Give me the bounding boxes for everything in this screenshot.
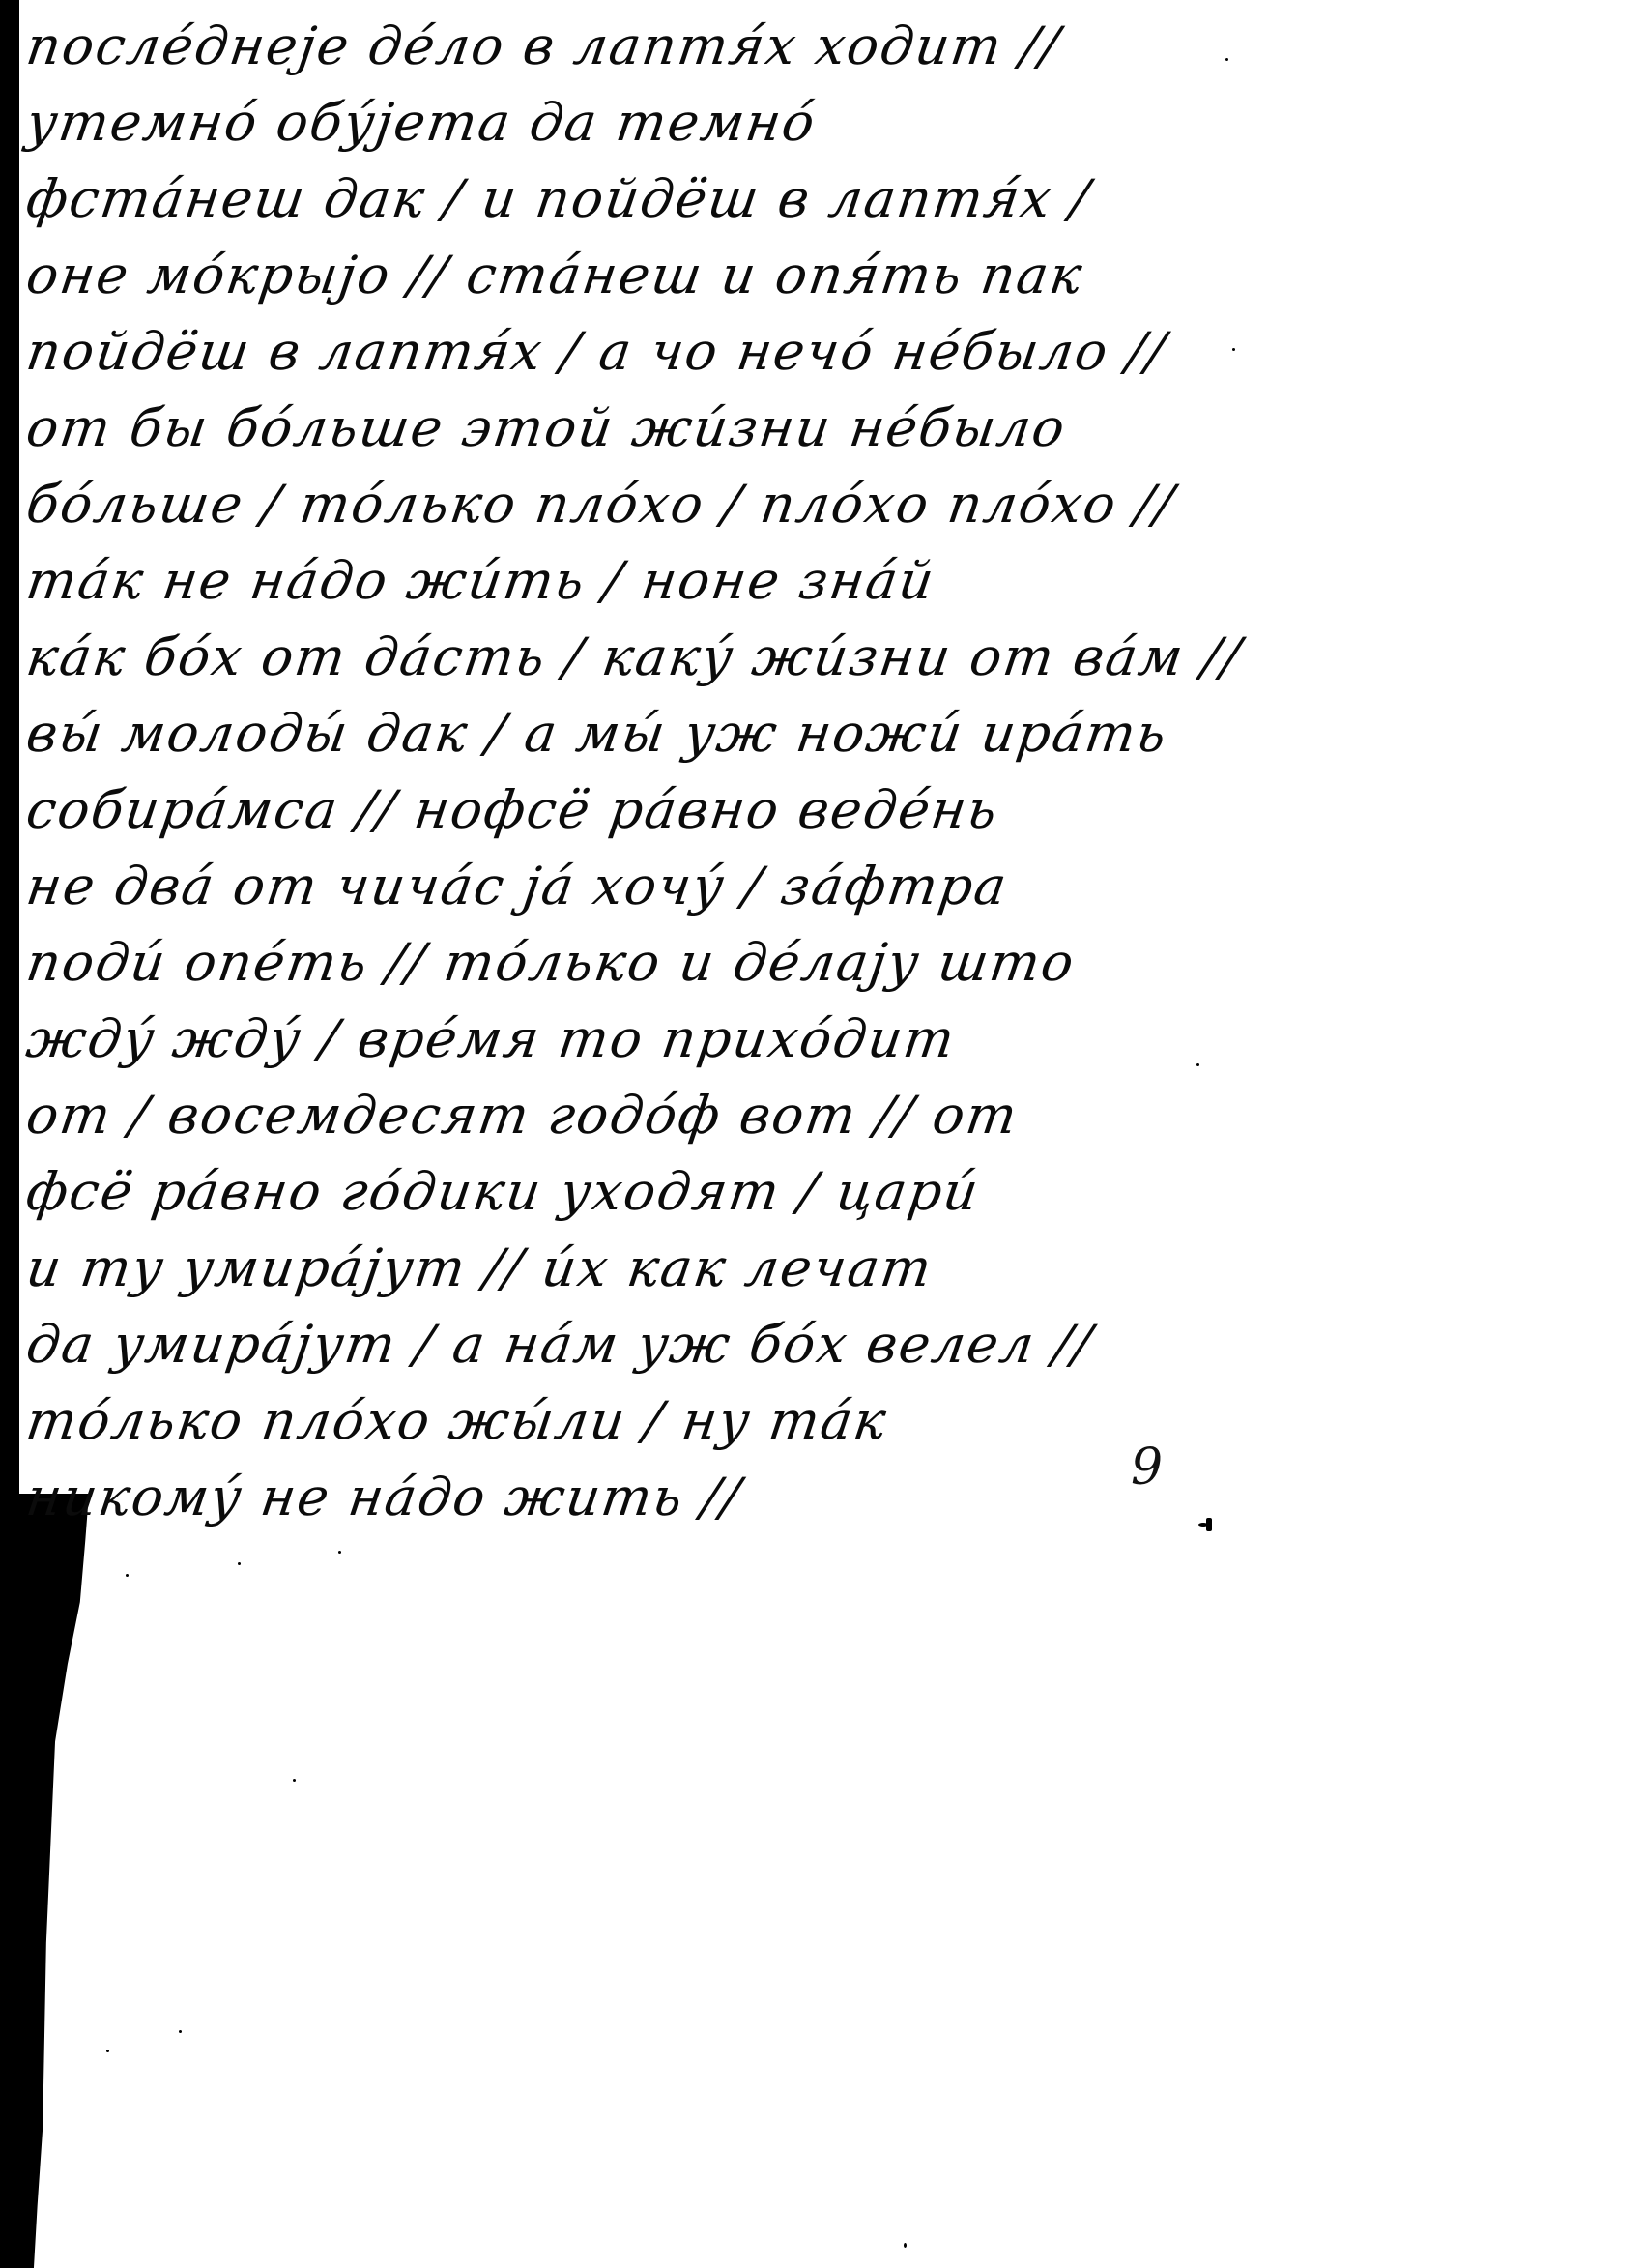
page-number: 9 <box>1131 1439 1163 1497</box>
text-line: вы́ молоды́ дак / а мы́ уж ножи́ ирáть <box>21 695 1250 771</box>
scan-speck <box>1232 348 1235 351</box>
text-line: фсё рáвно гóдики уходят / цари́ <box>21 1153 1250 1230</box>
text-line: тóлько плóхо жы́ли / ну тáк <box>21 1382 1250 1459</box>
scan-border-left <box>0 0 19 1497</box>
text-line: подú опе́ть // тóлько и дéлају што <box>21 924 1250 1001</box>
text-line: фстáнеш дак / и пойдёш в лаптя́х / <box>21 160 1250 237</box>
text-line: и ту умирáјут // и́х как лечат <box>21 1230 1250 1306</box>
text-line: собирáмса // нофсё рáвно ведéнь <box>21 771 1250 848</box>
text-line: не двá от чичáс јá хочу́ / зáфтра <box>21 848 1250 924</box>
text-line: от / восемдесят годóф вот // от <box>21 1077 1250 1153</box>
text-line: утемнó обу́јета да темнó <box>21 84 1250 160</box>
scan-speck <box>904 2243 907 2248</box>
scan-speck <box>1225 58 1228 61</box>
text-line: кáк бóх от дáсть / каку́ жи́зни от вáм /… <box>21 619 1250 695</box>
scan-border-shadow <box>0 1494 89 2268</box>
scan-speck <box>293 1779 296 1782</box>
text-line: тáк не нáдо жи́ть / ноне знáй <box>21 542 1250 619</box>
handwritten-text-block: послéднеје дéло в лаптя́х ходит // утемн… <box>27 8 1245 1535</box>
text-line: никому́ не нáдо жить // <box>21 1459 1250 1535</box>
scan-speck <box>338 1551 341 1554</box>
scan-speck <box>1198 1523 1208 1527</box>
text-line: от бы бóльше этой жи́зни нéбыло <box>21 390 1250 466</box>
text-line: да умирáјут / а нáм уж бóх велел // <box>21 1306 1250 1382</box>
text-line: послéднеје дéло в лаптя́х ходит // <box>21 8 1250 84</box>
scan-speck <box>1196 1063 1199 1066</box>
scan-speck <box>126 1574 129 1577</box>
text-line: пойдёш в лаптя́х / а чо нечó нéбыло // <box>21 313 1250 390</box>
scanned-page: послéднеје дéло в лаптя́х ходит // утемн… <box>0 0 1643 2268</box>
scan-speck <box>179 2030 182 2033</box>
text-line: оне мóкрыјо // стáнеш и опя́ть пак <box>21 237 1250 313</box>
text-line: ждý жду́ / врéмя то прихóдит <box>21 1001 1250 1077</box>
scan-speck <box>106 2050 109 2052</box>
text-line: бóльше / тóлько плóхо / плóхо плóхо // <box>21 466 1250 542</box>
scan-speck <box>238 1562 241 1565</box>
